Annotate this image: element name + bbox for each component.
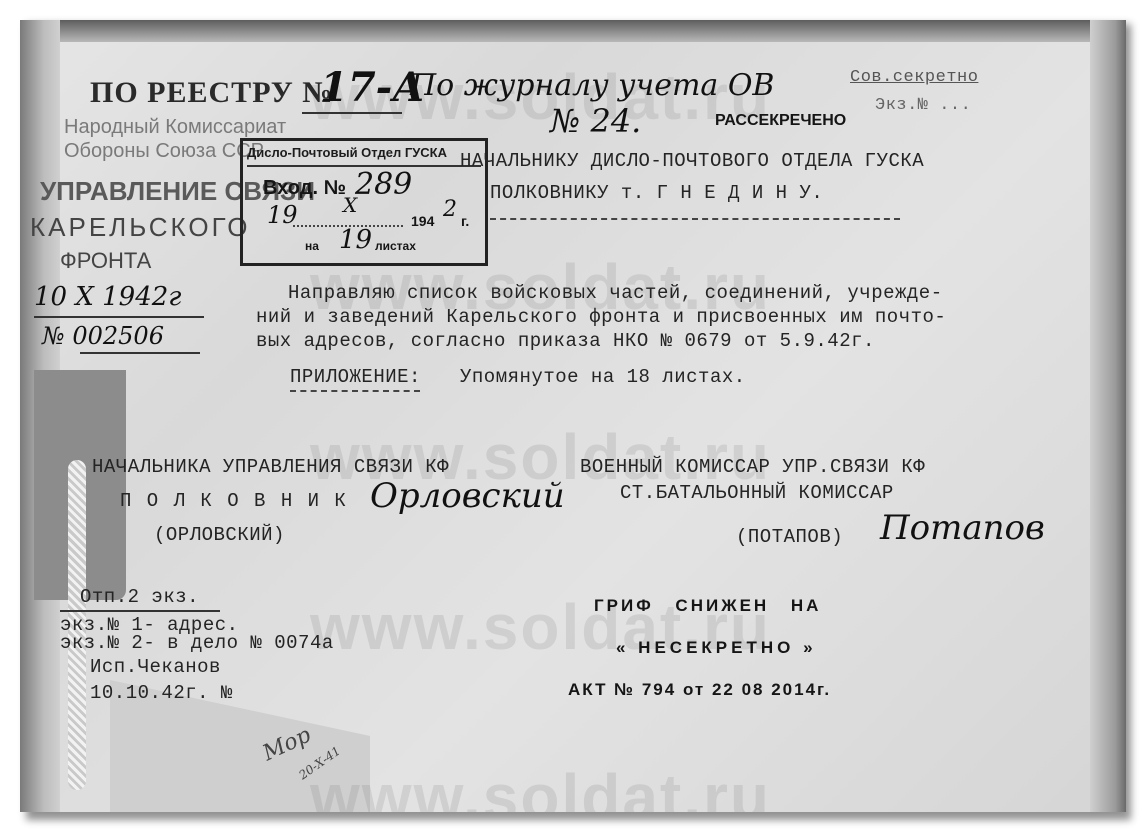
right-signatory-rank: СТ.БАТАЛЬОННЫЙ КОМИССАР xyxy=(620,482,894,504)
document-page: www.soldat.ru www.soldat.ru www.soldat.r… xyxy=(20,20,1126,812)
left-signatory-rank: П О Л К О В Н И К xyxy=(120,490,348,512)
copy-number-mark: Экз.№ ... xyxy=(875,96,971,115)
addressee-divider xyxy=(490,218,900,220)
attachment-underline xyxy=(290,390,420,392)
incoming-year-label: г. xyxy=(461,213,469,229)
addressee-line1: НАЧАЛЬНИКУ ДИСЛО-ПОЧТОВОГО ОТДЕЛА ГУСКА xyxy=(460,150,924,172)
sender-stamp-line5: ФРОНТА xyxy=(60,248,151,274)
incoming-stamp: Дисло-Почтовый Отдел ГУСКА Вход. № 289 1… xyxy=(240,138,488,266)
page-right-edge xyxy=(1090,20,1126,812)
sender-stamp-date: 10 Х 1942г xyxy=(34,282,181,312)
pages-prefix: на xyxy=(305,239,319,253)
distribution-underline xyxy=(60,610,220,612)
pages-count: 19 xyxy=(339,225,372,255)
incoming-year-prefix: 194 xyxy=(411,213,434,229)
watermark: www.soldat.ru xyxy=(310,760,771,812)
sender-stamp-line1: Народный Комиссариат xyxy=(64,116,286,139)
journal-number: № 24. xyxy=(550,102,641,140)
attachment-text: Упомянутое на 18 листах. xyxy=(460,366,746,388)
body-line2: ний и заведений Карельского фронта и при… xyxy=(256,306,946,328)
incoming-number: 289 xyxy=(355,167,412,202)
journal-note: По журналу учета ОВ xyxy=(410,68,774,103)
distribution-line1: Отп.2 экз. xyxy=(80,586,199,608)
pages-suffix: листах xyxy=(375,239,416,253)
right-signatory-name: (ПОТАПОВ) xyxy=(736,526,843,548)
body-line3: вых адресов, согласно приказа НКО № 0679… xyxy=(256,330,875,352)
document-frame: www.soldat.ru www.soldat.ru www.soldat.r… xyxy=(0,0,1145,833)
registry-underline xyxy=(302,112,402,114)
declassification-line2: « НЕСЕКРЕТНО » xyxy=(616,638,817,658)
secrecy-mark: Сов.секретно xyxy=(850,68,978,87)
distribution-line3: экз.№ 2- в дело № 0074а xyxy=(60,632,334,654)
left-signature: Орловский xyxy=(370,476,565,516)
declassification-line3: АКТ № 794 от 22 08 2014г. xyxy=(568,680,831,700)
sender-stamp-line2: Обороны Союза ССР xyxy=(64,140,264,163)
left-signatory-name: (ОРЛОВСКИЙ) xyxy=(154,524,285,546)
sender-stamp-line4: КАРЕЛЬСКОГО xyxy=(30,212,250,243)
right-signature: Потапов xyxy=(880,508,1045,548)
left-signatory-title: НАЧАЛЬНИКА УПРАВЛЕНИЯ СВЯЗИ КФ xyxy=(92,456,449,478)
addressee-line2: ПОЛКОВНИКУ т. Г Н Е Д И Н У. xyxy=(490,182,823,204)
incoming-stamp-header: Дисло-Почтовый Отдел ГУСКА xyxy=(247,145,447,160)
attachment-label: ПРИЛОЖЕНИЕ: xyxy=(290,366,421,388)
binder-top-edge xyxy=(20,20,1126,42)
distribution-line4: Исп.Чеканов xyxy=(90,656,221,678)
incoming-year-suffix: 2 xyxy=(443,197,457,222)
sender-stamp-number: № 002506 xyxy=(42,322,164,350)
incoming-label: Вход. № xyxy=(263,177,346,200)
registry-label: ПО РЕЕСТРУ № xyxy=(90,76,333,110)
date-underline xyxy=(34,316,204,318)
body-line1: Направляю список войсковых частей, соеди… xyxy=(288,282,943,304)
distribution-line5: 10.10.42г. № xyxy=(90,682,233,704)
declassification-line1: ГРИФ СНИЖЕН НА xyxy=(594,596,821,616)
incoming-date-month: Х xyxy=(343,193,357,217)
declassified-stamp: РАССЕКРЕЧЕНО xyxy=(715,112,846,130)
number-underline xyxy=(80,352,200,354)
right-signatory-title: ВОЕННЫЙ КОМИССАР УПР.СВЯЗИ КФ xyxy=(580,456,925,478)
